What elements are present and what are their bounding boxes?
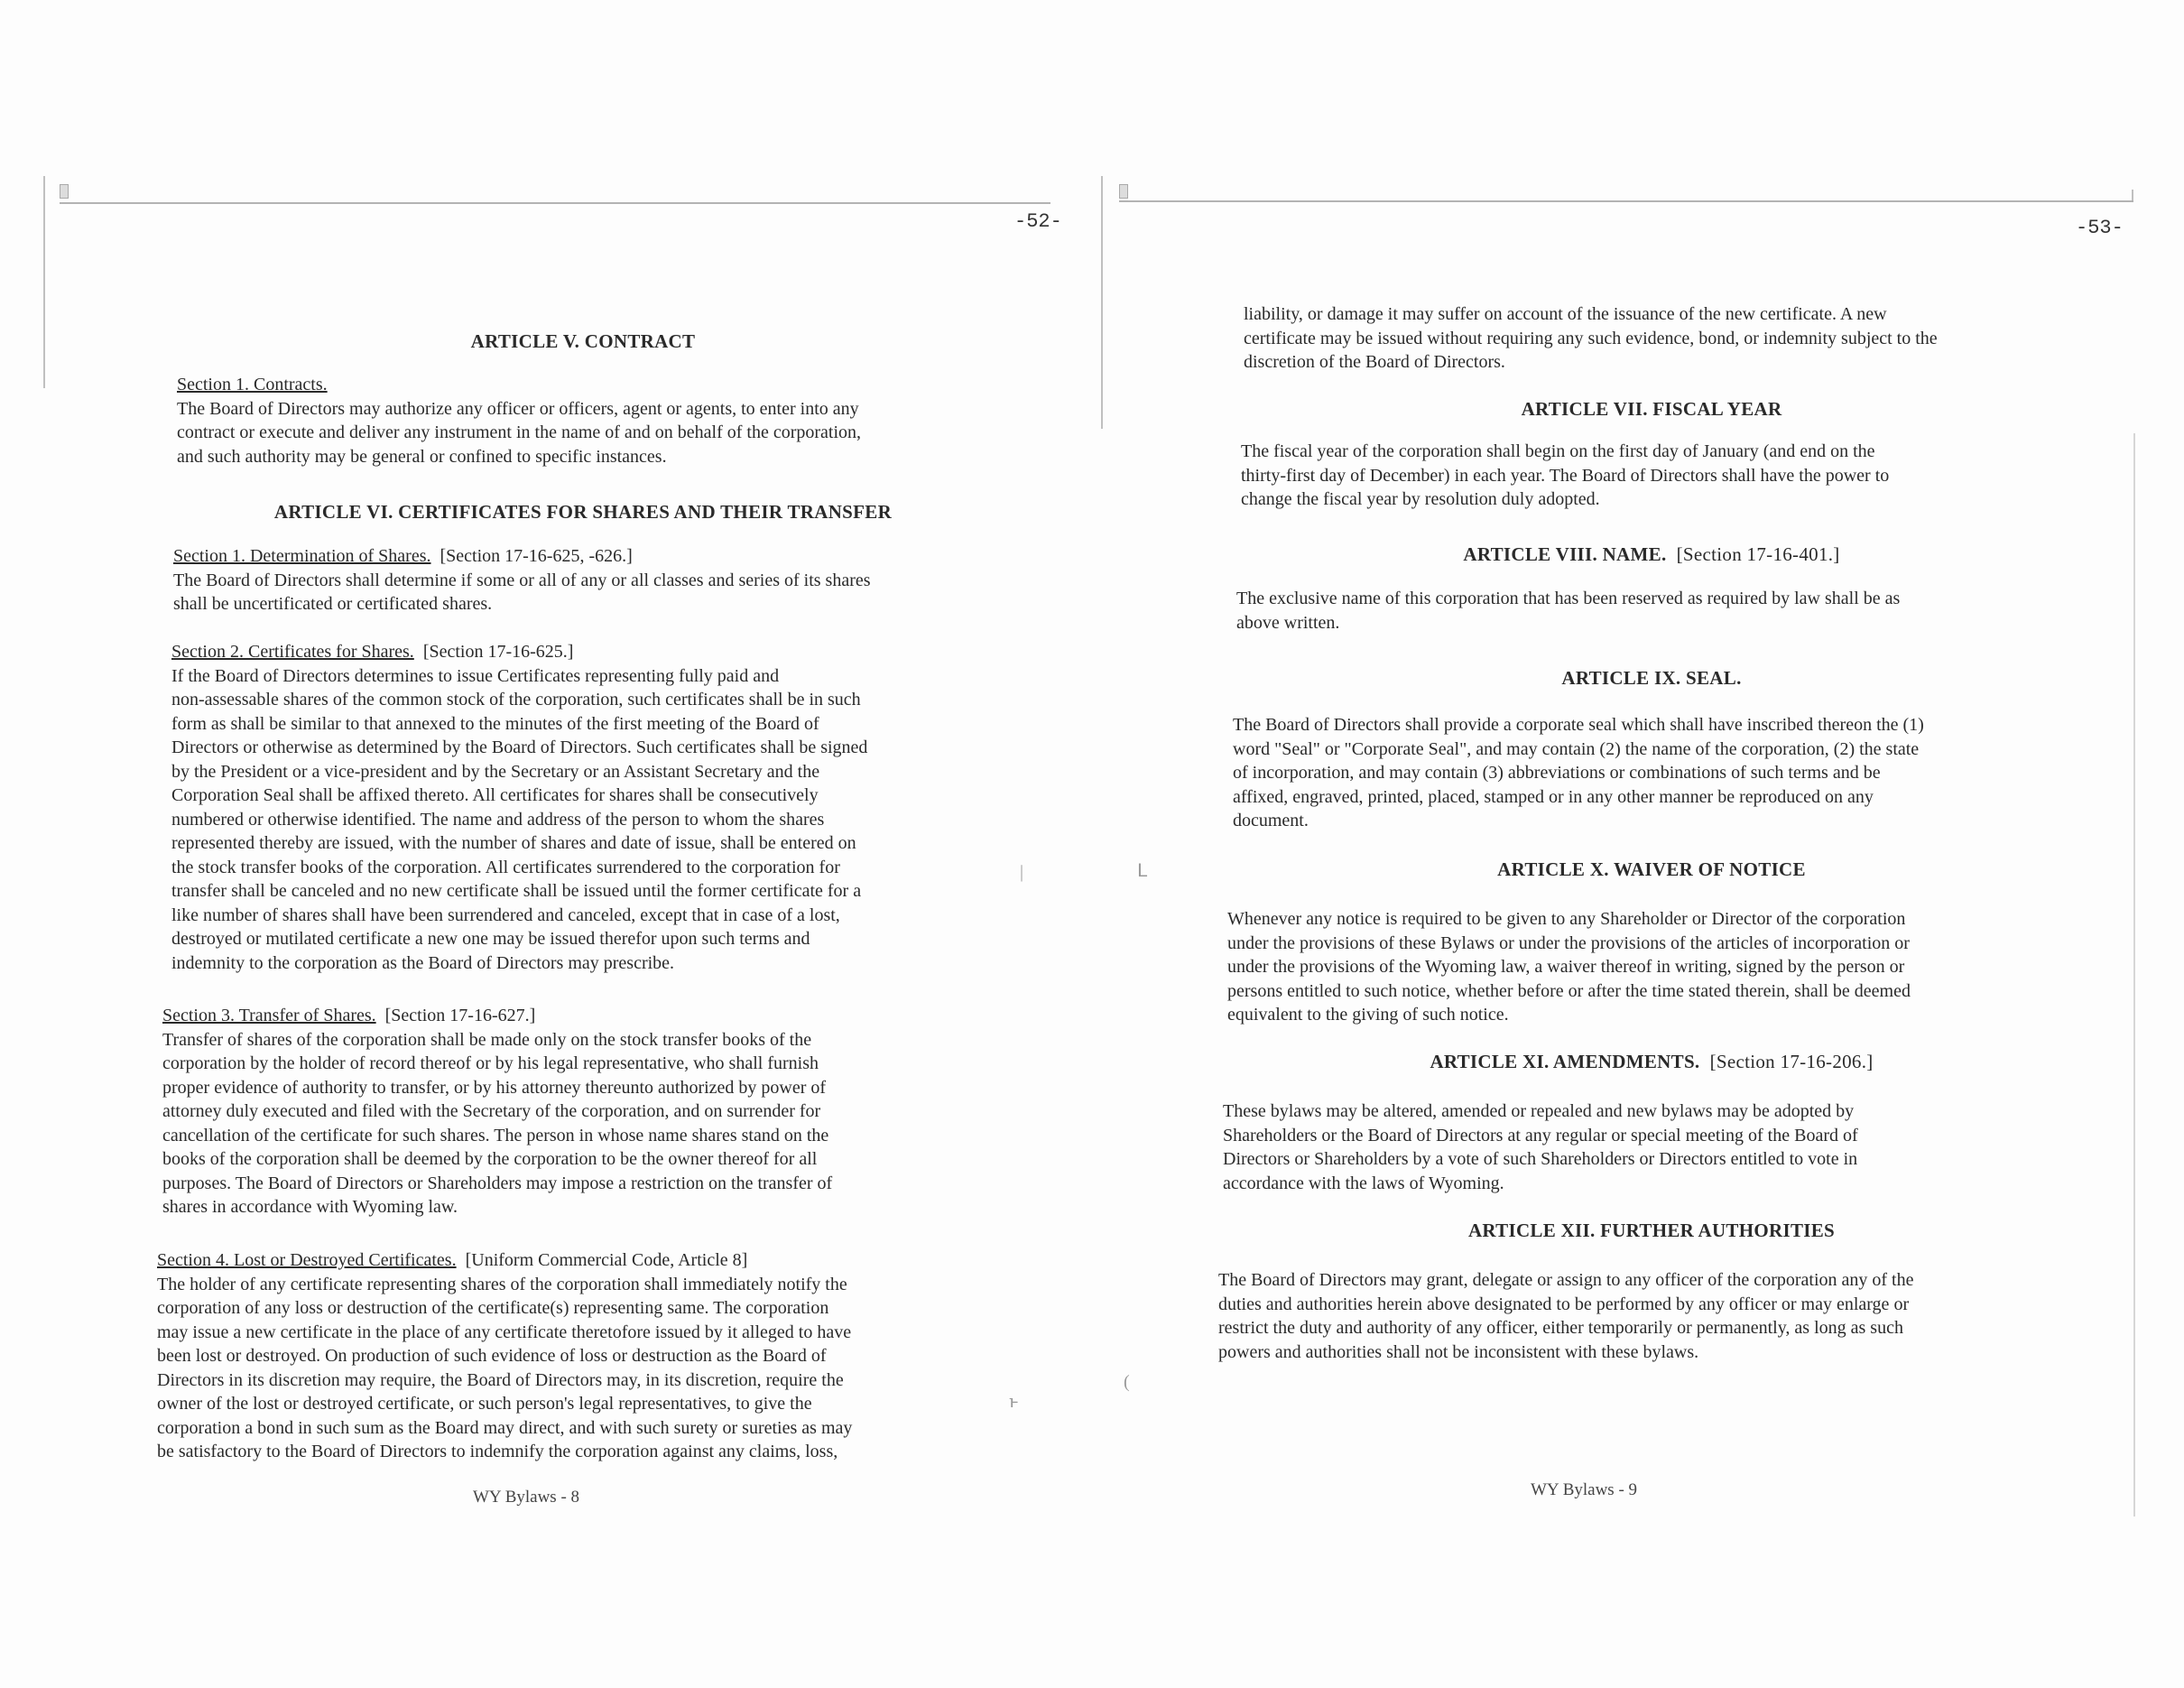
text-line: restrict the duty and authority of any o… [1218,1316,2121,1340]
scan-mark: ( [1124,1372,1130,1393]
section-citation: [Section 17-16-625.] [423,642,574,662]
text-line: The Board of Directors shall provide a c… [1233,713,2126,737]
text-line: The holder of any certificate representi… [157,1273,987,1297]
text-line: represented thereby are issued, with the… [171,831,1002,856]
article-xii: ARTICLE XII. FURTHER AUTHORITIES [1218,1219,2085,1243]
text-line: change the fiscal year by resolution dul… [1241,487,2107,512]
article-citation: [Section 17-16-401.] [1677,543,1840,565]
section-4-continuation: liability, or damage it may suffer on ac… [1244,302,2110,375]
article-heading: ARTICLE XI. AMENDMENTS. [Section 17-16-2… [1218,1050,2085,1074]
corner-mark [60,184,69,199]
text-line: be satisfactory to the Board of Director… [157,1440,987,1464]
article-vi-section-4: Section 4. Lost or Destroyed Certificate… [157,1248,987,1464]
text-line: by the President or a vice-president and… [171,760,1002,784]
text-line: form as shall be similar to that annexed… [171,712,1002,737]
text-line: liability, or damage it may suffer on ac… [1244,302,2110,327]
text-line: numbered or otherwise identified. The na… [171,808,1002,832]
text-line: Whenever any notice is required to be gi… [1227,907,2121,932]
text-line: Corporation Seal shall be affixed theret… [171,784,1002,808]
text-line: transfer shall be canceled and no new ce… [171,879,1002,904]
section-citation: [Uniform Commercial Code, Article 8] [466,1250,748,1270]
text-line: The Board of Directors may authorize any… [177,397,1007,422]
text-line: shall be uncertificated or certificated … [173,592,1004,617]
text-line: accordance with the laws of Wyoming. [1223,1172,2089,1196]
article-v-section-1: Section 1. Contracts. The Board of Direc… [177,373,1007,468]
text-line: books of the corporation shall be deemed… [162,1147,993,1172]
text-line: proper evidence of authority to transfer… [162,1076,993,1100]
scan-mark: | [1020,862,1023,883]
left-page: -52- ARTICLE V. CONTRACT Section 1. Cont… [0,0,1092,1688]
page-footer: WY Bylaws - 8 [473,1488,579,1507]
scan-mark: ᒪ [1137,859,1147,882]
text-line: powers and authorities shall not be inco… [1218,1340,2121,1365]
article-vi-section-1: Section 1. Determination of Shares. [Sec… [173,544,1004,617]
page-footer: WY Bylaws - 9 [1531,1480,1637,1500]
article-vii-body: The fiscal year of the corporation shall… [1241,440,2107,512]
text-line: under the provisions of these Bylaws or … [1227,932,2121,956]
article-vii: ARTICLE VII. FISCAL YEAR [1218,397,2085,422]
text-line: attorney duly executed and filed with th… [162,1099,993,1124]
article-heading: ARTICLE VI. CERTIFICATES FOR SHARES AND … [177,500,989,524]
text-line: like number of shares shall have been su… [171,904,1002,928]
text-line: document. [1233,809,2126,833]
article-citation: [Section 17-16-206.] [1710,1051,1874,1072]
article-vi: ARTICLE VI. CERTIFICATES FOR SHARES AND … [177,500,989,524]
article-viii-body: The exclusive name of this corporation t… [1236,587,2103,635]
text-line: Transfer of shares of the corporation sh… [162,1028,993,1053]
right-page: -53- liability, or damage it may suffer … [1092,0,2184,1688]
text-line: equivalent to the giving of such notice. [1227,1003,2121,1027]
scan-mark: ͱ [1009,1390,1019,1413]
text-line: discretion of the Board of Directors. [1244,350,2110,375]
article-ix-body: The Board of Directors shall provide a c… [1233,713,2126,833]
text-line: contract or execute and deliver any inst… [177,421,1007,445]
article-xii-body: The Board of Directors may grant, delega… [1218,1268,2121,1364]
article-heading: ARTICLE X. WAIVER OF NOTICE [1218,858,2085,882]
article-heading: ARTICLE IX. SEAL. [1218,666,2085,691]
text-line: The fiscal year of the corporation shall… [1241,440,2107,464]
section-title: Section 1. Contracts. [177,375,328,394]
text-line: thirty-first day of December) in each ye… [1241,464,2107,488]
text-line: of incorporation, and may contain (3) ab… [1233,761,2126,785]
text-line: shares in accordance with Wyoming law. [162,1195,993,1220]
text-line: persons entitled to such notice, whether… [1227,979,2121,1004]
text-line: above written. [1236,611,2103,635]
text-line: The Board of Directors shall determine i… [173,569,1004,593]
text-line: been lost or destroyed. On production of… [157,1344,987,1368]
text-line: certificate may be issued without requir… [1244,327,2110,351]
text-line: Directors or otherwise as determined by … [171,736,1002,760]
header-rule [60,202,1050,204]
page-edge-line [1101,176,1103,429]
article-x: ARTICLE X. WAIVER OF NOTICE [1218,858,2085,882]
text-line: duties and authorities herein above desi… [1218,1293,2121,1317]
section-citation: [Section 17-16-627.] [385,1006,536,1025]
text-line: owner of the lost or destroyed certifica… [157,1392,987,1416]
article-viii: ARTICLE VIII. NAME. [Section 17-16-401.] [1218,543,2085,567]
article-xi: ARTICLE XI. AMENDMENTS. [Section 17-16-2… [1218,1050,2085,1074]
text-line: Directors or Shareholders by a vote of s… [1223,1147,2089,1172]
text-line: cancellation of the certificate for such… [162,1124,993,1148]
section-title: Section 3. Transfer of Shares. [162,1006,376,1025]
article-vi-section-3: Section 3. Transfer of Shares. [Section … [162,1004,993,1220]
text-line: Directors in its discretion may require,… [157,1368,987,1393]
page-number: -53- [2076,217,2124,239]
article-v: ARTICLE V. CONTRACT [177,329,989,354]
text-line: corporation by the holder of record ther… [162,1052,993,1076]
section-citation: [Section 17-16-625, -626.] [440,546,633,566]
text-line: and such authority may be general or con… [177,445,1007,469]
article-heading: ARTICLE VIII. NAME. [Section 17-16-401.] [1218,543,2085,567]
article-heading: ARTICLE V. CONTRACT [177,329,989,354]
text-line: may issue a new certificate in the place… [157,1321,987,1345]
page-number: -52- [1014,210,1062,233]
article-heading: ARTICLE VII. FISCAL YEAR [1218,397,2085,422]
text-line: non-assessable shares of the common stoc… [171,688,1002,712]
page-edge-line [43,176,45,388]
article-heading-text: ARTICLE VIII. NAME. [1463,543,1666,565]
text-line: destroyed or mutilated certificate a new… [171,927,1002,951]
section-title: Section 2. Certificates for Shares. [171,642,414,662]
article-vi-section-2: Section 2. Certificates for Shares. [Sec… [171,640,1002,975]
article-xi-body: These bylaws may be altered, amended or … [1223,1099,2089,1195]
text-line: These bylaws may be altered, amended or … [1223,1099,2089,1124]
section-title: Section 4. Lost or Destroyed Certificate… [157,1250,457,1270]
text-line: affixed, engraved, printed, placed, stam… [1233,785,2126,810]
article-ix: ARTICLE IX. SEAL. [1218,666,2085,691]
text-line: purposes. The Board of Directors or Shar… [162,1172,993,1196]
section-title: Section 1. Determination of Shares. [173,546,431,566]
text-line: the stock transfer books of the corporat… [171,856,1002,880]
rule-end-mark [2132,190,2133,202]
text-line: Shareholders or the Board of Directors a… [1223,1124,2089,1148]
corner-mark [1119,184,1128,199]
text-line: If the Board of Directors determines to … [171,664,1002,689]
text-line: under the provisions of the Wyoming law,… [1227,955,2121,979]
text-line: corporation a bond in such sum as the Bo… [157,1416,987,1441]
text-line: word "Seal" or "Corporate Seal", and may… [1233,737,2126,762]
article-x-body: Whenever any notice is required to be gi… [1227,907,2121,1027]
text-line: The exclusive name of this corporation t… [1236,587,2103,611]
text-line: indemnity to the corporation as the Boar… [171,951,1002,976]
text-line: corporation of any loss or destruction o… [157,1296,987,1321]
article-heading: ARTICLE XII. FURTHER AUTHORITIES [1218,1219,2085,1243]
text-line: The Board of Directors may grant, delega… [1218,1268,2121,1293]
header-rule [1119,200,2133,202]
page-edge-line [2133,433,2135,1516]
article-heading-text: ARTICLE XI. AMENDMENTS. [1430,1051,1699,1072]
